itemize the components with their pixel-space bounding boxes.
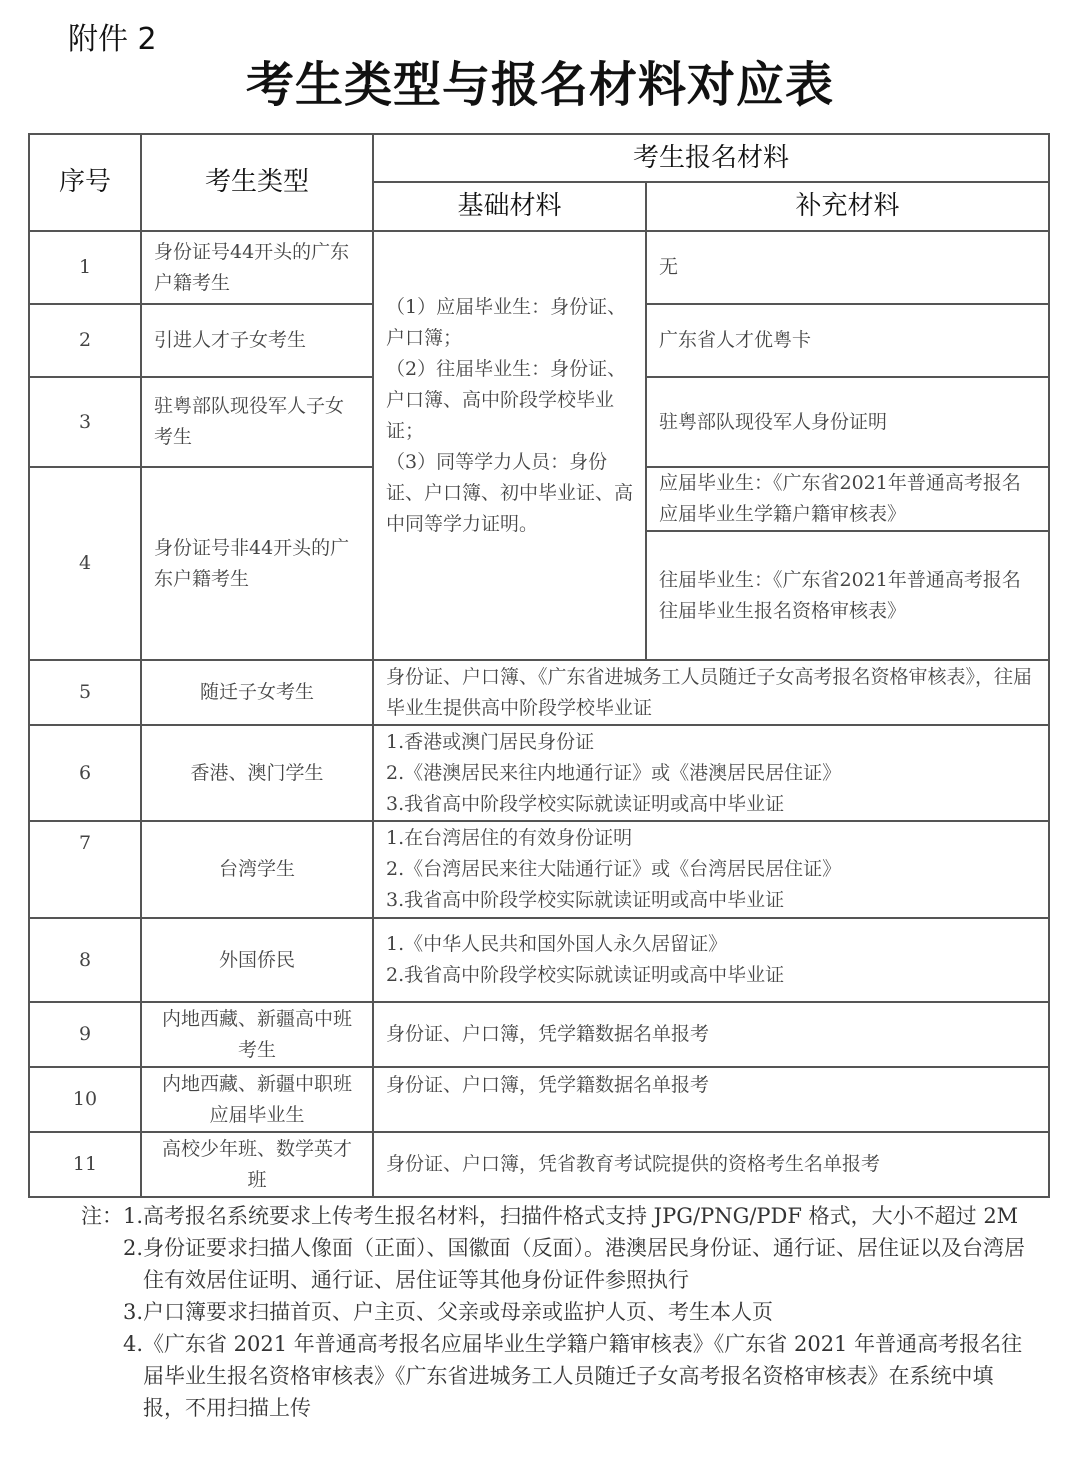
notes-section: 注：1. 高考报名系统要求上传考生报名材料，扫描件格式支持 JPG/PNG/PD…	[68, 1200, 1028, 1424]
table-row: 8 外国侨民 1.《中华人民共和国外国人永久居留证》 2.我省高中阶段学校实际就…	[29, 918, 1049, 1002]
row-supplementary: 无	[646, 231, 1049, 304]
row-type: 引进人才子女考生	[141, 304, 373, 377]
header-seq: 序号	[29, 134, 141, 231]
table-row: 10 内地西藏、新疆中职班应届毕业生 身份证、户口簿，凭学籍数据名单报考	[29, 1067, 1049, 1132]
row-supplementary: 应届毕业生：《广东省2021年普通高考报名应届毕业生学籍户籍审核表》	[646, 467, 1049, 531]
row-supplementary: 驻粤部队现役军人身份证明	[646, 377, 1049, 467]
material-item: 3.我省高中阶段学校实际就读证明或高中毕业证	[386, 885, 1036, 916]
basic-item: （1）应届毕业生：身份证、户口簿；	[386, 292, 633, 354]
note-number: 2.	[68, 1232, 143, 1296]
note-item: 3. 户口簿要求扫描首页、户主页、父亲或母亲或监护人页、考生本人页	[68, 1296, 1028, 1328]
row-materials: 1.《中华人民共和国外国人永久居留证》 2.我省高中阶段学校实际就读证明或高中毕…	[373, 918, 1049, 1002]
header-materials: 考生报名材料	[373, 134, 1049, 182]
note-number: 4.	[68, 1328, 143, 1424]
notes-label: 注：	[81, 1204, 123, 1228]
row-seq: 6	[29, 725, 141, 821]
row-seq: 3	[29, 377, 141, 467]
table-row: 6 香港、澳门学生 1.香港或澳门居民身份证 2.《港澳居民来往内地通行证》或《…	[29, 725, 1049, 821]
row-type: 随迁子女考生	[141, 660, 373, 725]
row-seq: 2	[29, 304, 141, 377]
row-type: 身份证号非44开头的广东户籍考生	[141, 467, 373, 660]
note-number: 3.	[68, 1296, 143, 1328]
row-seq: 11	[29, 1132, 141, 1197]
note-number: 1.	[123, 1204, 143, 1228]
note-text: 户口簿要求扫描首页、户主页、父亲或母亲或监护人页、考生本人页	[143, 1296, 1028, 1328]
material-item: 2.《港澳居民来往内地通行证》或《港澳居民居住证》	[386, 758, 1036, 789]
row-type: 高校少年班、数学英才班	[141, 1132, 373, 1197]
header-row: 序号 考生类型 考生报名材料	[29, 134, 1049, 182]
page-title: 考生类型与报名材料对应表	[0, 46, 1080, 115]
material-item: 1.在台湾居住的有效身份证明	[386, 823, 1036, 854]
note-item: 注：1. 高考报名系统要求上传考生报名材料，扫描件格式支持 JPG/PNG/PD…	[68, 1200, 1028, 1232]
table-row: 9 内地西藏、新疆高中班考生 身份证、户口簿，凭学籍数据名单报考	[29, 1002, 1049, 1067]
row-seq: 1	[29, 231, 141, 304]
basic-item: （2）往届毕业生：身份证、户口簿、高中阶段学校毕业证；	[386, 354, 633, 447]
row-supplementary: 广东省人才优粤卡	[646, 304, 1049, 377]
row-type: 身份证号44开头的广东户籍考生	[141, 231, 373, 304]
row-type: 内地西藏、新疆中职班应届毕业生	[141, 1067, 373, 1132]
table-row: 7 台湾学生 1.在台湾居住的有效身份证明 2.《台湾居民来往大陆通行证》或《台…	[29, 821, 1049, 918]
row-materials: 1.在台湾居住的有效身份证明 2.《台湾居民来往大陆通行证》或《台湾居民居住证》…	[373, 821, 1049, 918]
material-item: 3.我省高中阶段学校实际就读证明或高中毕业证	[386, 789, 1036, 820]
header-supplementary: 补充材料	[646, 182, 1049, 231]
row-materials: 1.香港或澳门居民身份证 2.《港澳居民来往内地通行证》或《港澳居民居住证》 3…	[373, 725, 1049, 821]
row-supplementary: 往届毕业生：《广东省2021年普通高考报名往届毕业生报名资格审核表》	[646, 531, 1049, 660]
note-text: 《广东省 2021 年普通高考报名应届毕业生学籍户籍审核表》《广东省 2021 …	[143, 1328, 1028, 1424]
row-materials: 身份证、户口簿、《广东省进城务工人员随迁子女高考报名资格审核表》，往届毕业生提供…	[373, 660, 1049, 725]
table-row: 1 身份证号44开头的广东户籍考生 （1）应届毕业生：身份证、户口簿； （2）往…	[29, 231, 1049, 304]
row-seq: 5	[29, 660, 141, 725]
row-seq: 10	[29, 1067, 141, 1132]
table-row: 11 高校少年班、数学英才班 身份证、户口簿，凭省教育考试院提供的资格考生名单报…	[29, 1132, 1049, 1197]
shared-basic-materials: （1）应届毕业生：身份证、户口簿； （2）往届毕业生：身份证、户口簿、高中阶段学…	[373, 231, 646, 660]
row-seq: 7	[29, 821, 141, 918]
note-text: 高考报名系统要求上传考生报名材料，扫描件格式支持 JPG/PNG/PDF 格式，…	[143, 1200, 1028, 1232]
table-row: 5 随迁子女考生 身份证、户口簿、《广东省进城务工人员随迁子女高考报名资格审核表…	[29, 660, 1049, 725]
row-type: 外国侨民	[141, 918, 373, 1002]
row-materials: 身份证、户口簿，凭学籍数据名单报考	[373, 1002, 1049, 1067]
row-materials: 身份证、户口簿，凭省教育考试院提供的资格考生名单报考	[373, 1132, 1049, 1197]
row-seq: 8	[29, 918, 141, 1002]
row-seq: 4	[29, 467, 141, 660]
row-type: 驻粤部队现役军人子女考生	[141, 377, 373, 467]
header-basic: 基础材料	[373, 182, 646, 231]
material-item: 2.我省高中阶段学校实际就读证明或高中毕业证	[386, 960, 1036, 991]
row-type: 内地西藏、新疆高中班考生	[141, 1002, 373, 1067]
material-item: 2.《台湾居民来往大陆通行证》或《台湾居民居住证》	[386, 854, 1036, 885]
row-materials: 身份证、户口簿，凭学籍数据名单报考	[373, 1067, 1049, 1132]
row-seq: 9	[29, 1002, 141, 1067]
materials-table: 序号 考生类型 考生报名材料 基础材料 补充材料 1 身份证号44开头的广东户籍…	[28, 133, 1050, 1198]
note-item: 4. 《广东省 2021 年普通高考报名应届毕业生学籍户籍审核表》《广东省 20…	[68, 1328, 1028, 1424]
note-text: 身份证要求扫描人像面（正面）、国徽面（反面）。港澳居民身份证、通行证、居住证以及…	[143, 1232, 1028, 1296]
row-type: 台湾学生	[141, 821, 373, 918]
header-type: 考生类型	[141, 134, 373, 231]
material-item: 1.香港或澳门居民身份证	[386, 727, 1036, 758]
note-item: 2. 身份证要求扫描人像面（正面）、国徽面（反面）。港澳居民身份证、通行证、居住…	[68, 1232, 1028, 1296]
basic-item: （3）同等学力人员：身份证、户口簿、初中毕业证、高中同等学力证明。	[386, 447, 633, 540]
material-item: 1.《中华人民共和国外国人永久居留证》	[386, 929, 1036, 960]
row-type: 香港、澳门学生	[141, 725, 373, 821]
